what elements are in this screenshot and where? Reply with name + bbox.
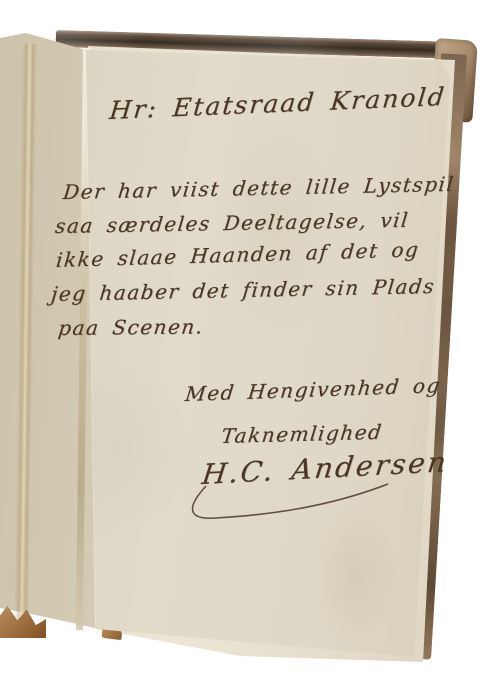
inscription-body-line-4: jeg haaber det finder sin Plads [50, 274, 436, 306]
inscription-closing-line-2: Taknemlighed [220, 420, 384, 448]
inscription-body-line-5: paa Scenen. [57, 314, 205, 340]
inscription-body-line-1: Der har viist dette lille Lystspil [62, 172, 456, 204]
inscription-closing-line-1: Med Hengivenhed og [184, 373, 442, 406]
inscription: Hr: Etatsraad Kranold Der har viist dett… [0, 0, 490, 700]
book-inscription-photo: Hr: Etatsraad Kranold Der har viist dett… [0, 0, 490, 700]
inscription-salutation: Hr: Etatsraad Kranold [108, 82, 447, 126]
inscription-body-line-3: ikke slaae Haanden af det og [55, 237, 421, 272]
inscription-body-line-2: saa særdeles Deeltagelse, vil [54, 208, 410, 238]
